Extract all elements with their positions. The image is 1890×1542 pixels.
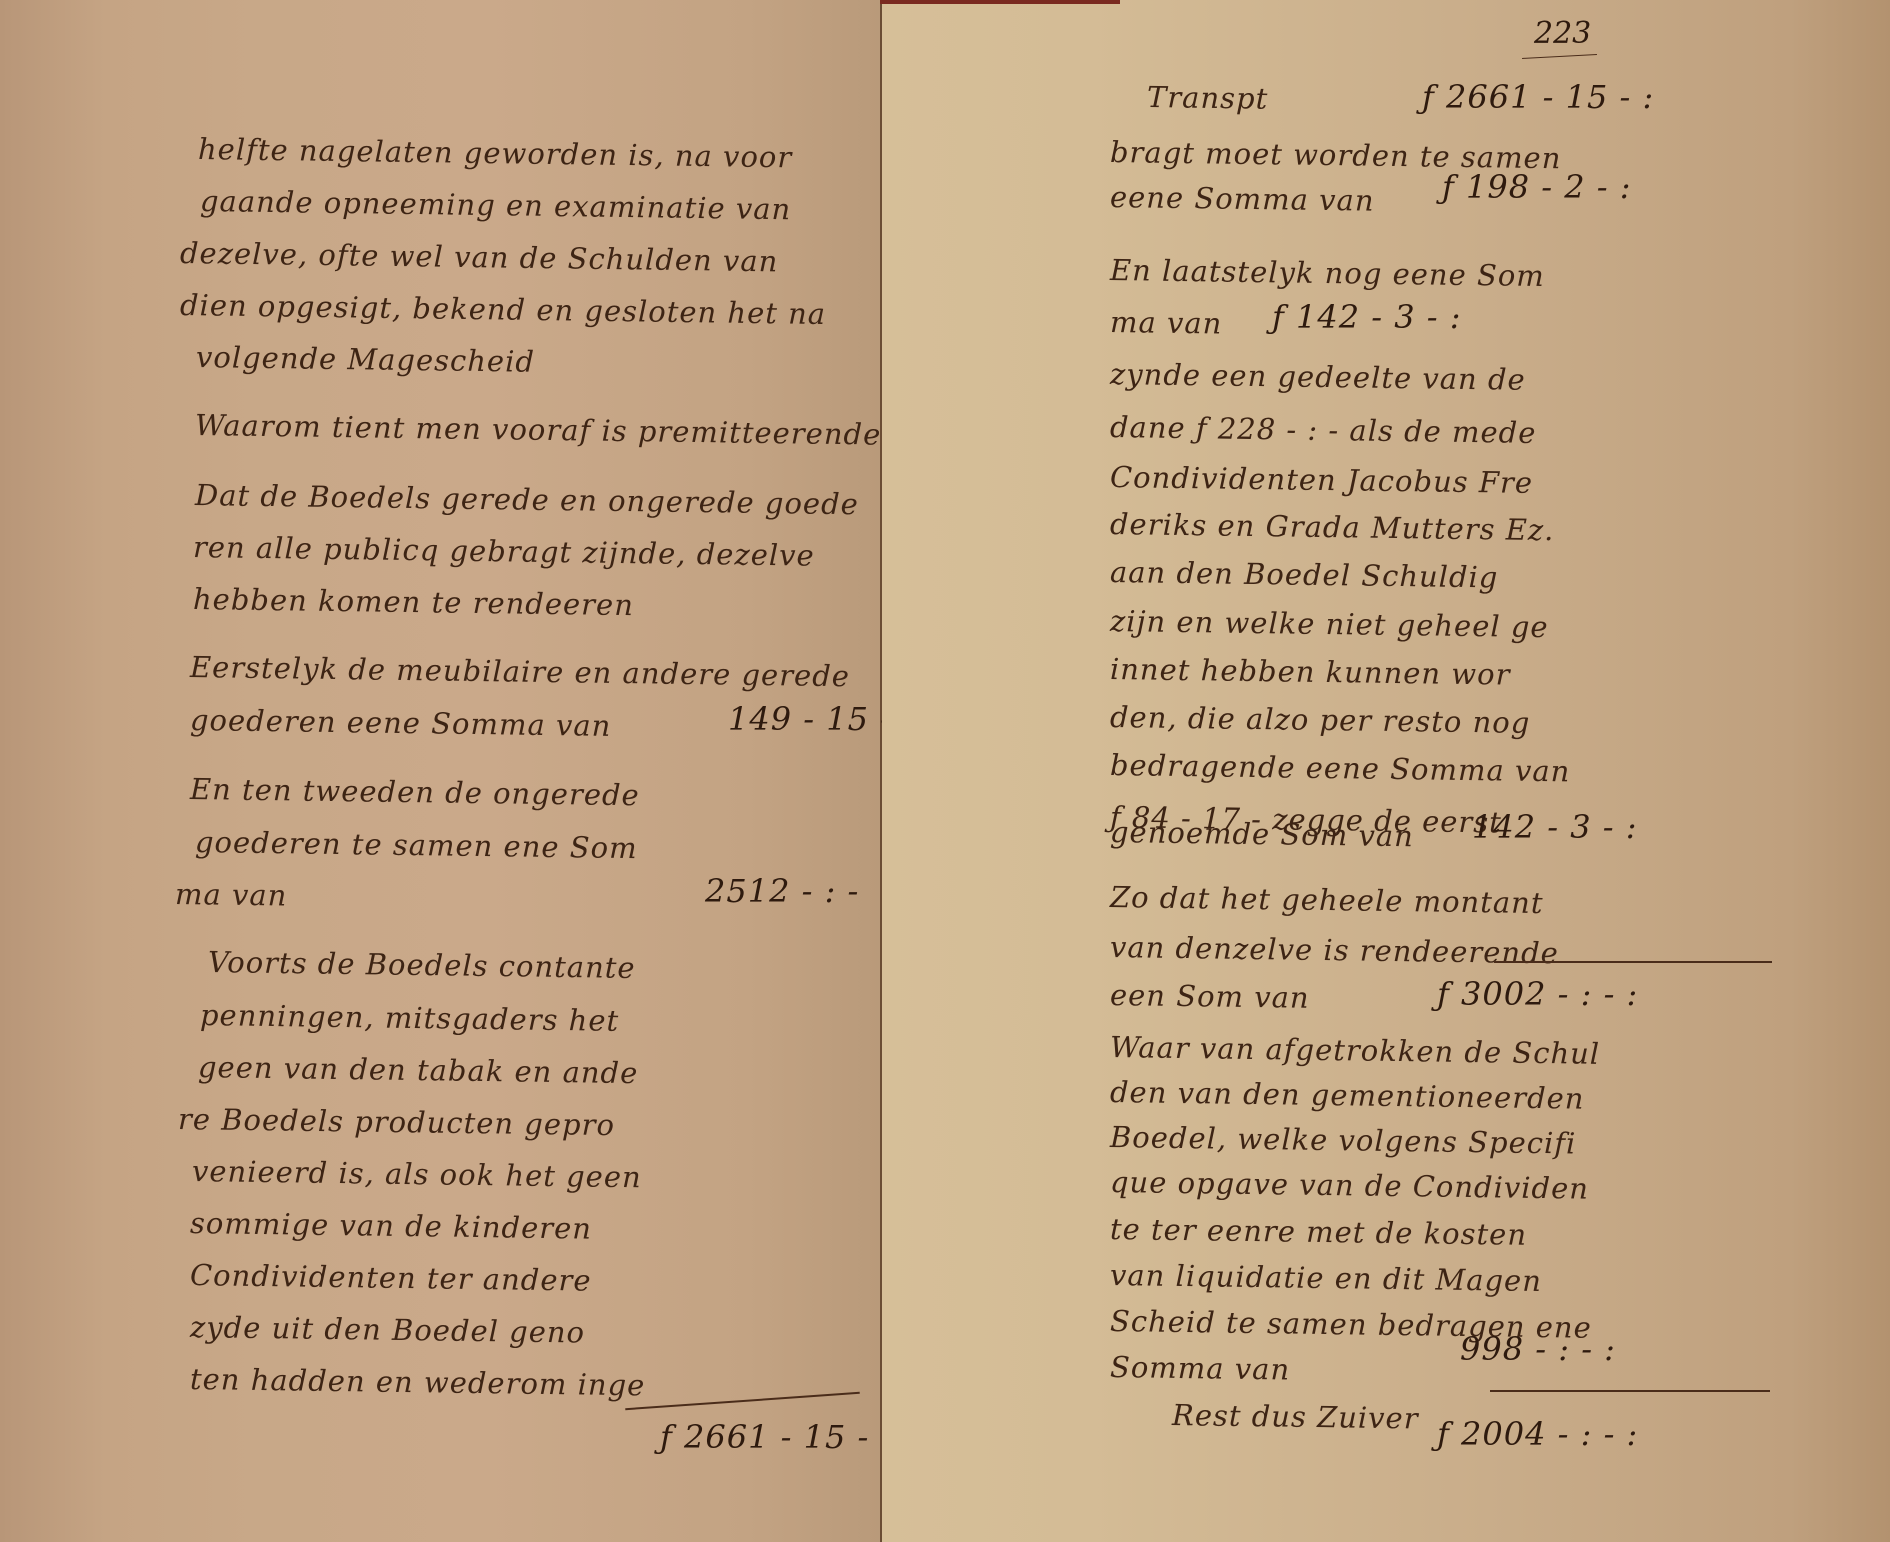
text-line: En laatstelyk nog eene Som — [1110, 253, 1545, 293]
text-line: genoemde Som van — [1110, 815, 1414, 853]
text-line: een Som van — [1110, 978, 1310, 1015]
text-line: te ter eenre met de kosten — [1110, 1212, 1527, 1252]
text-line: dane ƒ 228 - : - als de mede — [1110, 410, 1537, 450]
sum-rule — [1494, 961, 1772, 963]
amount-debts: 998 - : - : — [1460, 1330, 1616, 1368]
text-line: Condividenten Jacobus Fre — [1110, 460, 1533, 500]
text-line: Condividenten ter andere — [190, 1258, 592, 1298]
text-line: geen van den tabak en ande — [198, 1050, 639, 1090]
right-page: 223 Transpt ƒ 2661 - 15 - : bragt moet w… — [882, 0, 1890, 1542]
text-line: volgende Magescheid — [196, 340, 535, 379]
text-line: Dat de Boedels gerede en ongerede goede — [195, 478, 859, 521]
page-number: 223 — [1534, 16, 1591, 51]
text-line: Transpt — [1147, 80, 1269, 116]
amount-lastly: ƒ 142 - 3 - : — [1272, 298, 1462, 336]
text-line: zyde uit den Boedel geno — [190, 1310, 586, 1350]
text-line: Rest dus Zuiver — [1172, 1398, 1419, 1435]
amount-grand-total: ƒ 3002 - : - : — [1437, 975, 1638, 1013]
text-line: Eerstelyk de meubilaire en andere gerede — [190, 650, 850, 693]
text-line: Waarom tient men vooraf is premitteerend… — [195, 408, 882, 452]
page-number-rule — [1522, 54, 1597, 59]
text-line: helfte nagelaten geworden is, na voor — [198, 132, 793, 174]
text-line: Waar van afgetrokken de Schul — [1110, 1030, 1601, 1071]
text-line: gaande opneeming en examinatie van — [200, 184, 792, 226]
text-line: penningen, mitsgaders het — [200, 998, 620, 1038]
sum-rule — [625, 1392, 860, 1410]
text-line: aan den Boedel Schuldig — [1110, 555, 1499, 594]
text-line: ren alle publicq gebragt zijnde, dezelve — [193, 530, 815, 573]
text-line: ten hadden en wederom inge — [190, 1362, 646, 1402]
text-line: goederen eene Somma van — [190, 703, 612, 743]
amount-unready-goods: 2512 - : - — [705, 872, 859, 910]
text-line: En ten tweeden de ongerede — [190, 772, 640, 812]
text-line: zynde een gedeelte van de — [1110, 357, 1526, 397]
text-line: que opgave van de Condividen — [1110, 1165, 1589, 1206]
text-line: hebben komen te rendeeren — [193, 582, 634, 622]
text-line: Somma van — [1110, 1350, 1291, 1387]
amount-transport: ƒ 2661 - 15 - : — [1422, 78, 1654, 116]
amount-first-named: 142 - 3 - : — [1472, 808, 1638, 846]
text-line: dezelve, ofte wel van de Schulden van — [180, 236, 779, 278]
sum-rule — [1490, 1390, 1770, 1392]
text-line: innet hebben kunnen wor — [1110, 652, 1511, 692]
text-line: zijn en welke niet geheel ge — [1110, 604, 1549, 644]
text-line: Boedel, welke volgens Specifi — [1110, 1120, 1577, 1161]
text-line: venieerd is, als ook het geen — [192, 1154, 642, 1194]
text-line: Voorts de Boedels contante — [208, 945, 636, 985]
text-line: ma van — [1110, 305, 1223, 341]
book-spread: helfte nagelaten geworden is, na voor ga… — [0, 0, 1890, 1542]
left-page: helfte nagelaten geworden is, na voor ga… — [0, 0, 880, 1542]
text-line: eene Somma van — [1110, 180, 1375, 218]
text-line: den, die alzo per resto nog — [1110, 700, 1531, 740]
text-line: re Boedels producten gepro — [178, 1102, 615, 1142]
amount-furniture: 149 - 15 - — [728, 700, 892, 738]
text-line: van denzelve is rendeerende — [1110, 930, 1559, 970]
text-line: Zo dat het geheele montant — [1110, 880, 1544, 920]
text-line: goederen te samen ene Som — [195, 825, 638, 865]
amount-left-total: ƒ 2661 - 15 - — [660, 1418, 869, 1456]
book-binding-edge — [880, 0, 1120, 4]
text-line: den van den gementioneerden — [1110, 1075, 1585, 1116]
text-line: van liquidatie en dit Magen — [1110, 1258, 1542, 1298]
amount-brought: ƒ 198 - 2 - : — [1442, 168, 1632, 206]
text-line: ma van — [175, 877, 288, 913]
text-line: deriks en Grada Mutters Ez. — [1110, 507, 1555, 547]
text-line: bedragende eene Somma van — [1110, 748, 1571, 788]
text-line: dien opgesigt, bekend en gesloten het na — [180, 288, 827, 331]
amount-net-remainder: ƒ 2004 - : - : — [1437, 1415, 1638, 1453]
text-line: sommige van de kinderen — [190, 1206, 592, 1246]
